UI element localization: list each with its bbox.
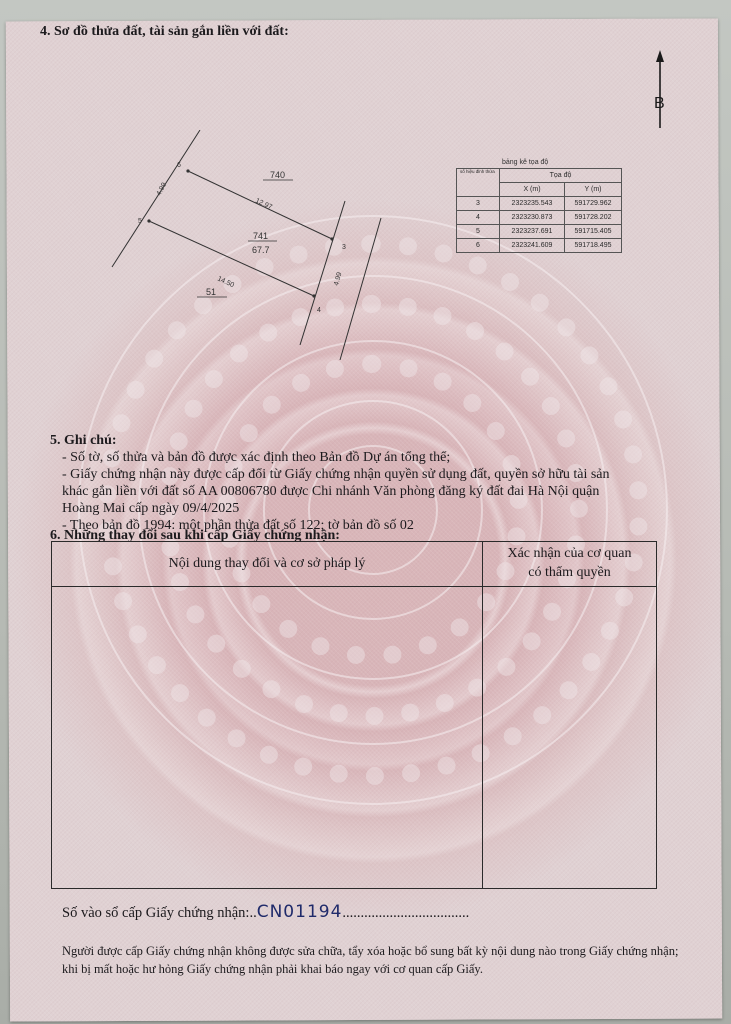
vertex-5: 5 xyxy=(138,218,142,225)
edge-6-3: 12.97 xyxy=(254,197,273,211)
warning-notice: Người được cấp Giấy chứng nhận không đượ… xyxy=(62,942,682,978)
table-row: 5 2323237.691 591715.405 xyxy=(457,225,622,239)
section5-title: 5. Ghi chú: xyxy=(50,432,610,449)
table-row: 6 2323241.609 591718.495 xyxy=(457,239,622,253)
note-line: - Giấy chứng nhận này được cấp đổi từ Gi… xyxy=(50,466,610,483)
coord-header-point: số hiệu đỉnh thửa xyxy=(457,169,500,197)
table-row: 4 2323230.873 591728.202 xyxy=(457,211,622,225)
note-line: khác gắn liền với đất số AA 00806780 đượ… xyxy=(50,483,610,500)
vertex-3: 3 xyxy=(342,244,346,251)
coord-header-x: X (m) xyxy=(500,183,565,197)
vertex-6: 6 xyxy=(177,162,181,169)
edge-3-4: 4.99 xyxy=(333,271,343,286)
changes-content-column xyxy=(52,542,483,888)
section4-title: 4. Sơ đồ thửa đất, tài sản gắn liền với … xyxy=(40,24,289,40)
registry-handwritten-value: CN01194 xyxy=(257,902,343,922)
section5-notes: 5. Ghi chú: - Số tờ, số thửa và bản đồ đ… xyxy=(50,432,610,534)
edge-5-6: 4.99 xyxy=(156,182,169,197)
changes-header-content: Nội dung thay đổi và cơ sở pháp lý xyxy=(52,556,482,572)
parcel-number: 741 xyxy=(253,231,268,241)
note-line: Hoàng Mai cấp ngày 09/4/2025 xyxy=(50,500,610,517)
neighbor-740: 740 xyxy=(270,170,285,180)
changes-table: Nội dung thay đổi và cơ sở pháp lý Xác n… xyxy=(51,541,657,889)
coord-header-group: Tọa độ xyxy=(500,169,622,183)
north-label: B xyxy=(654,95,665,112)
coord-header-y: Y (m) xyxy=(565,183,622,197)
north-arrow-icon: B xyxy=(648,50,668,130)
neighbor-51: 51 xyxy=(206,287,216,297)
changes-header-confirm: Xác nhận của cơ quan có thẩm quyền xyxy=(483,544,656,582)
parcel-area: 67.7 xyxy=(252,245,270,255)
registry-label: Số vào sổ cấp Giấy chứng nhận: xyxy=(62,905,249,921)
edge-5-4: 14.50 xyxy=(216,275,235,289)
vertex-4: 4 xyxy=(317,307,321,314)
coordinate-table: số hiệu đỉnh thửa Tọa độ X (m) Y (m) 3 2… xyxy=(456,168,622,253)
registry-number: Số vào sổ cấp Giấy chứng nhận:..CN01194.… xyxy=(62,902,469,922)
parcel-diagram: 6 5 3 4 740 51 741 67.7 12.97 14.50 4.99… xyxy=(100,130,400,360)
table-row: 3 2323235.543 591729.962 xyxy=(457,197,622,211)
note-line: - Số tờ, số thửa và bản đồ được xác định… xyxy=(50,449,610,466)
coordinate-table-title: bảng kê tọa độ xyxy=(502,159,548,166)
